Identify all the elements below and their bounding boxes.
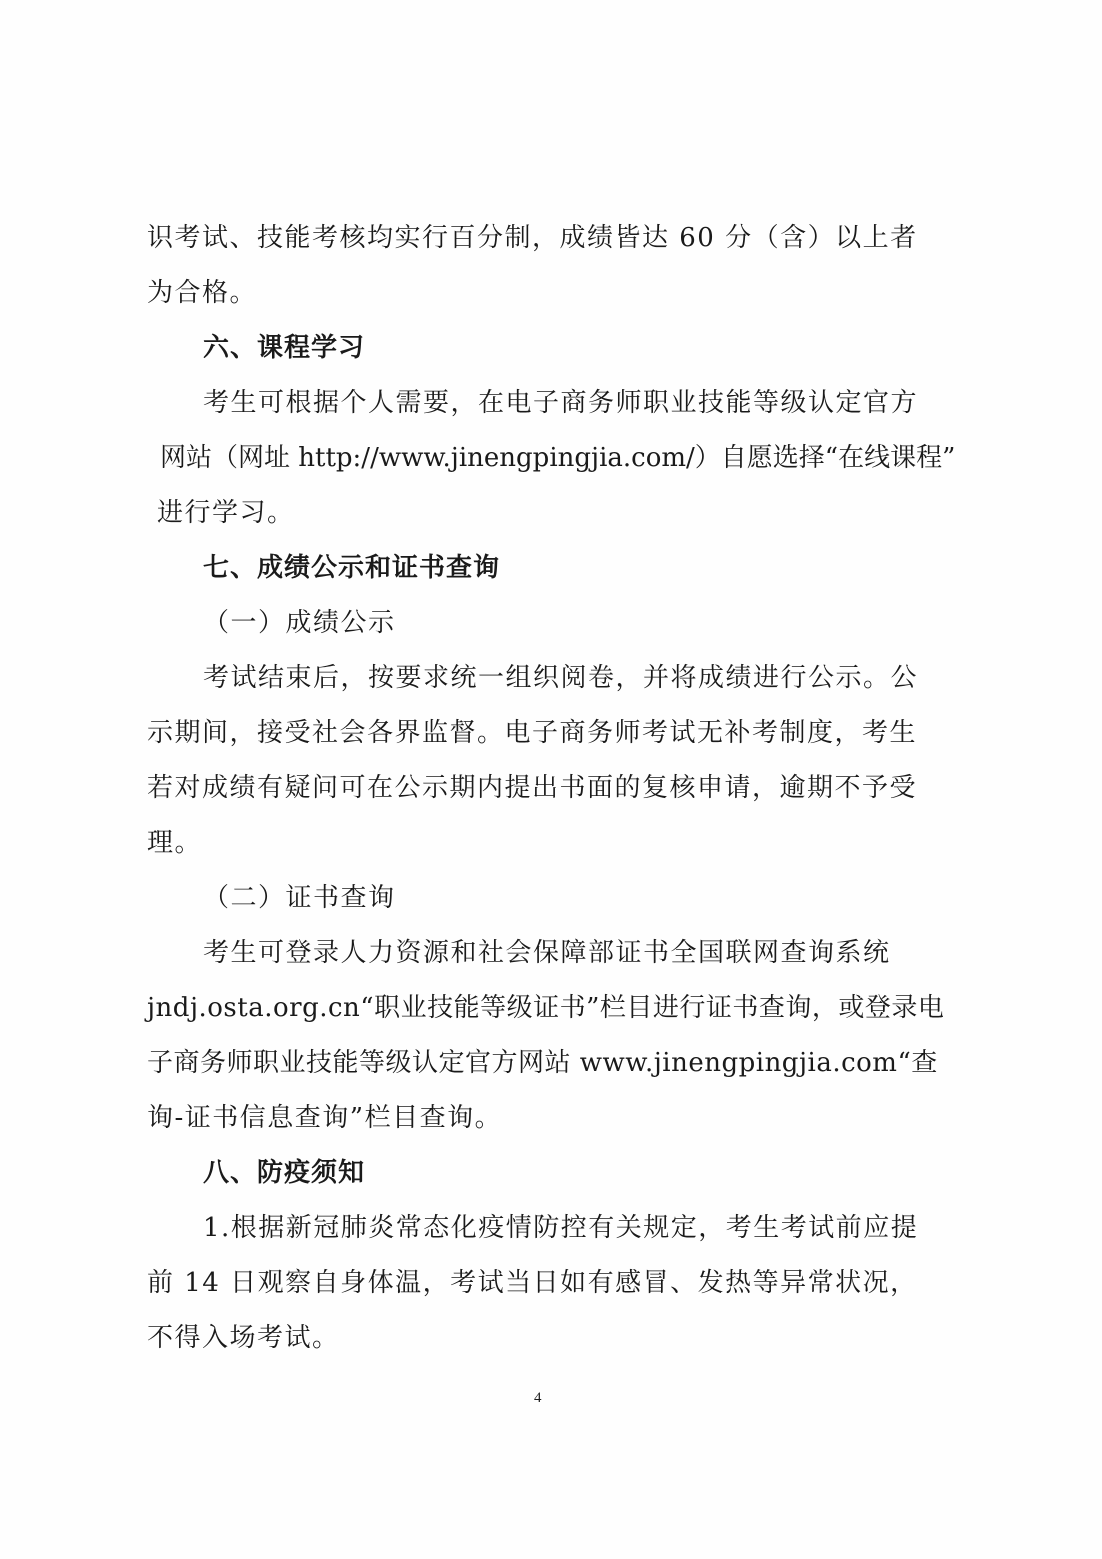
section-heading-epidemic-prevention: 八、防疫须知	[203, 1157, 365, 1189]
body-line: 前 14 日观察自身体温，考试当日如有感冒、发热等异常状况，	[147, 1267, 918, 1299]
body-line-with-link: jndj.osta.org.cn“职业技能等级证书”栏目进行证书查询，或登录电	[147, 992, 944, 1024]
body-line: 理。	[147, 827, 202, 859]
body-line-with-link: 网站（网址 http://www.jinengpingjia.com/）自愿选择…	[160, 442, 955, 474]
page-number: 4	[534, 1390, 542, 1407]
body-line: 考生可登录人力资源和社会保障部证书全国联网查询系统	[203, 937, 891, 969]
body-line-with-link: 子商务师职业技能等级认定官方网站 www.jinengpingjia.com“查	[147, 1047, 938, 1079]
section-heading-course-study: 六、课程学习	[203, 332, 365, 364]
body-line: 询-证书信息查询”栏目查询。	[147, 1102, 502, 1134]
subsection-title-results: （一）成绩公示	[203, 607, 396, 639]
document-page: 识考试、技能考核均实行百分制，成绩皆达 60 分（含）以上者 为合格。 六、课程…	[0, 0, 1102, 1559]
body-line: 考试结束后，按要求统一组织阅卷，并将成绩进行公示。公	[203, 662, 918, 694]
body-line: 若对成绩有疑问可在公示期内提出书面的复核申请，逾期不予受	[147, 772, 917, 804]
body-line: 示期间，接受社会各界监督。电子商务师考试无补考制度，考生	[147, 717, 917, 749]
body-line: 进行学习。	[157, 497, 295, 529]
body-line: 考生可根据个人需要，在电子商务师职业技能等级认定官方	[203, 387, 918, 419]
section-heading-results-certificates: 七、成绩公示和证书查询	[203, 552, 500, 584]
body-line: 为合格。	[147, 277, 257, 309]
body-line: 不得入场考试。	[147, 1322, 340, 1354]
subsection-title-certificate-query: （二）证书查询	[203, 882, 396, 914]
body-line: 1.根据新冠肺炎常态化疫情防控有关规定，考生考试前应提	[203, 1212, 918, 1244]
body-line: 识考试、技能考核均实行百分制，成绩皆达 60 分（含）以上者	[147, 222, 918, 254]
